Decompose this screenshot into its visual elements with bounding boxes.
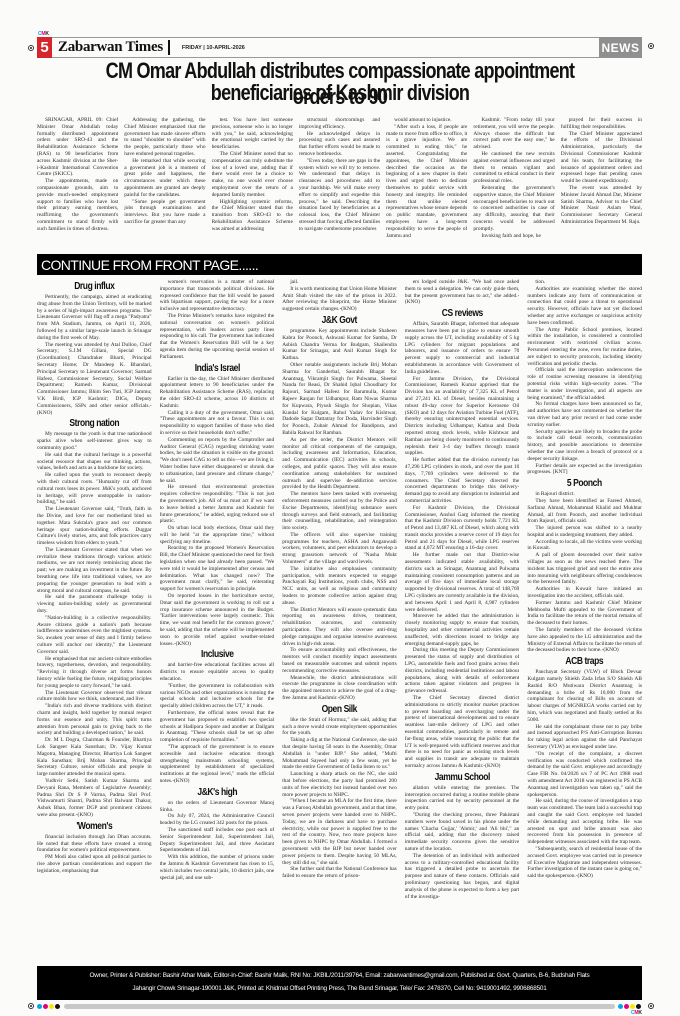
story-column: ers lodged outside J&K. "We had once ask… <box>405 279 520 963</box>
paragraph: Moreover he added that the administratio… <box>405 613 520 647</box>
section-subhead: Drug influx <box>46 280 143 293</box>
paragraph: Meanwhile, the district administrations … <box>282 675 397 702</box>
paragraph: She further said that the National Confe… <box>282 866 397 880</box>
lead-column: prayed for their success in fulfilling t… <box>561 117 642 249</box>
paragraph: During this meeting the Deputy Commissio… <box>405 647 520 695</box>
paragraph: As per the order, the District Mentors w… <box>282 437 397 491</box>
story-column: tion.Authorities are examining whether t… <box>527 279 642 963</box>
continued-stories-columns: Drug influxPertinently, the campaign, ai… <box>37 279 642 963</box>
story-column: jail.It is worth mentioning that Union H… <box>282 279 397 963</box>
paragraph: The sanctioned staff includes one post e… <box>160 827 275 854</box>
lead-column: Addressing the gathering, the Chief Mini… <box>124 117 205 249</box>
paragraph: Further details are expected as the inve… <box>527 463 642 477</box>
paragraph: "The approach of the government is to en… <box>160 744 275 785</box>
section-subhead: Inclusive <box>168 648 265 661</box>
paragraph: My message to the youth is that true nat… <box>37 431 152 451</box>
paragraph: He said the complainant chose not to pay… <box>527 724 642 751</box>
story-column: Drug influxPertinently, the campaign, ai… <box>37 279 152 963</box>
paragraph: He further made out that District-wise a… <box>405 552 520 613</box>
paragraph: "On receipt of the complaint, a discreet… <box>527 751 642 799</box>
section-label: NEWS <box>599 37 642 58</box>
paragraph: Former Jammu and Kashmir Chief Minister … <box>527 600 642 627</box>
paragraph: Earlier in the day, the Chief Minister d… <box>160 376 275 410</box>
paragraph: The appointments, made on compassionate … <box>37 178 118 232</box>
paragraph: financial inclusion through Jan Dhan acc… <box>37 834 152 854</box>
paragraph: jail. <box>282 279 397 286</box>
paragraph: He remarked that while securing a govern… <box>124 158 205 199</box>
lead-column: Kashmir. "From today till your retiremen… <box>473 117 554 249</box>
paragraph: Calling it a duty of the government, Oma… <box>160 410 275 437</box>
paragraph: Panchayat Secretary (VLW) of Block Devsa… <box>527 669 642 723</box>
paragraph: "Subsequently, search of residential hou… <box>527 846 642 880</box>
section-subhead: J&K's high <box>168 786 265 799</box>
registration-mark-icon <box>28 1003 34 1009</box>
paragraph: and barrier-free educational facilities … <box>160 662 275 682</box>
paragraph: The officers will also supervise trainin… <box>282 532 397 566</box>
paragraph: On urban local body elections, Omar said… <box>160 525 275 545</box>
paragraph: He said that the cultural heritage is a … <box>37 452 152 472</box>
section-subhead: CS reviews <box>413 307 510 320</box>
paragraph: For Jammu Division, the Divisional Commi… <box>405 376 520 458</box>
paragraph: The meeting was attended by Atal Dulloo,… <box>37 342 152 417</box>
page-number: 5 <box>37 37 52 58</box>
black-dot-icon <box>636 1004 641 1009</box>
paragraph: "Further, the government in collaboratio… <box>160 683 275 710</box>
paragraph: Commenting on reports by the Comptroller… <box>160 437 275 485</box>
paragraph: Authorities are examining whether the st… <box>527 286 642 327</box>
newspaper-page: CMK 5 Zabarwan Times FRIDAY | 10-APRIL-2… <box>0 0 680 1016</box>
paragraph: The Chief Minister noted that no compens… <box>212 151 293 199</box>
paragraph: The Lieutenant Governor observed that vi… <box>37 690 152 704</box>
paragraph: Launching a sharp attack on the NC, she … <box>282 771 397 798</box>
paragraph: women's reservation is a matter of natio… <box>160 279 275 313</box>
paragraph: Affairs, Saurabh Bhagat, informed that a… <box>405 321 520 375</box>
paragraph: Other notable assignments include Brij M… <box>282 362 397 437</box>
paragraph: He cautioned the new recruits against ex… <box>473 151 554 185</box>
masthead: 5 Zabarwan Times FRIDAY | 10-APRIL-2026 … <box>37 37 642 58</box>
paragraph: The Chief Secretary directed district ad… <box>405 695 520 770</box>
paragraph: Addressing the gathering, the Chief Mini… <box>124 117 205 158</box>
continue-banner: CONTINUE FROM FRONT PAGE...... <box>37 254 642 275</box>
section-subhead: Open Silk <box>291 703 388 716</box>
paragraph: No formal charges have been announced so… <box>527 401 642 428</box>
paragraph: Furthermore, the official notes reveal t… <box>160 710 275 744</box>
issue-date: FRIDAY | 10-APRIL-2026 <box>182 45 245 51</box>
paragraph: The Lieutenant Governor stated that when… <box>37 547 152 595</box>
section-subhead: 'Women's <box>46 820 143 833</box>
section-subhead: India's Israel <box>168 362 265 375</box>
section-subhead: ACB traps <box>536 655 633 668</box>
paragraph: Security agencies are likely to broaden … <box>527 429 642 463</box>
paragraph: "During the checking process, three Paki… <box>405 812 520 853</box>
paragraph: Officials said the interception undersco… <box>527 367 642 401</box>
paragraph: "When I became an MLA for the first time… <box>282 798 397 866</box>
magenta-dot-icon <box>43 1004 48 1009</box>
paragraph: He acknowledged delays in processing suc… <box>299 131 380 158</box>
section-subhead: J&K Govt <box>291 314 388 327</box>
registration-mark-icon <box>28 45 34 51</box>
paragraph: like the Strait of Hormuz," she said, ad… <box>282 717 397 737</box>
paragraph: "India's rich and diverse traditions wit… <box>37 703 152 737</box>
paragraph: test. You have lost someone precious, so… <box>212 117 293 151</box>
paragraph: Kashmir. "From today till your retiremen… <box>473 117 554 151</box>
magenta-dot-icon <box>624 1004 629 1009</box>
paragraph: He further added that the division curre… <box>405 457 520 505</box>
masthead-divider <box>168 40 170 55</box>
paragraph: The family members of the deceased victi… <box>527 627 642 654</box>
section-subhead: 5 Poonch <box>536 477 633 490</box>
paragraph: "Some people get government jobs through… <box>124 199 205 226</box>
registration-mark-icon <box>648 1003 654 1009</box>
imprint-line-1: Owner, Printer & Publisher: Bashir Athar… <box>37 969 642 982</box>
paragraph: He said, during the course of investigat… <box>527 798 642 846</box>
paragraph: The Chief Minister appreciated the effor… <box>561 131 642 185</box>
cyan-dot-icon <box>618 1004 623 1009</box>
paragraph: in Rajouri district. <box>527 491 642 498</box>
paragraph: Authorities in Kuwait have initiated an … <box>527 586 642 600</box>
lead-column: would amount to injustice."After such a … <box>386 117 467 249</box>
paragraph: Dr. M L Dogra, Chairman & Founder, Bhart… <box>37 737 152 778</box>
section-subhead: Jammu School <box>413 771 510 784</box>
paragraph: The event was attended by Minister Javai… <box>561 185 642 226</box>
paragraph: would amount to injustice. <box>386 117 467 124</box>
paragraph: A pall of gloom descended over their nat… <box>527 552 642 586</box>
paragraph: "Nation-building is a collective respons… <box>37 615 152 656</box>
paper-name: Zabarwan Times <box>58 39 163 56</box>
cmyk-mark: CMK <box>631 1010 642 1016</box>
paragraph: Pertinently, the campaign, aimed at erad… <box>37 294 152 342</box>
paragraph: Invoking faith and hope, he <box>473 233 554 240</box>
paragraph: With this addition, the number of prison… <box>160 854 275 881</box>
registration-mark-icon <box>648 43 654 49</box>
lead-column: structural shortcomings and improving ef… <box>299 117 380 249</box>
paragraph: Reiterating the government's supportive … <box>473 185 554 233</box>
black-dot-icon <box>55 1004 60 1009</box>
color-registration-bar <box>37 1003 642 1009</box>
paragraph: The Lieutenant Governor said, "Truth, fa… <box>37 506 152 547</box>
story-column: women's reservation is a matter of natio… <box>160 279 275 963</box>
paragraph: He called upon the youth to reconnect de… <box>37 472 152 506</box>
paragraph: "Even today, there are gaps in the syste… <box>299 158 380 233</box>
paragraph: on the orders of Lieutenant Governor Man… <box>160 800 275 814</box>
lead-column: SRINAGAR, APRIL 09: Chief Minister Omar … <box>37 117 118 249</box>
paragraph: The Prime Minister's remarks have reigni… <box>160 313 275 361</box>
lead-column: test. You have lost someone precious, so… <box>212 117 293 249</box>
paragraph: ers lodged outside J&K. "We had once ask… <box>405 279 520 306</box>
paragraph: Highlighting systemic reforms, the Chief… <box>212 199 293 233</box>
paragraph: He emphasised that our ancient culture e… <box>37 656 152 690</box>
paragraph: He said the paramount challenge today is… <box>37 594 152 614</box>
paragraph: The Army Public School premises, located… <box>527 327 642 368</box>
yellow-dot-icon <box>49 1004 54 1009</box>
paragraph: On July 07, 2024, the Administrative Cou… <box>160 813 275 827</box>
paragraph: Reacting to the proposed Women's Reserva… <box>160 545 275 593</box>
paragraph: On reported losses in the horticulture s… <box>160 593 275 647</box>
yellow-dot-icon <box>630 1004 635 1009</box>
paragraph: tion. <box>527 279 642 286</box>
paragraph: According to locals, all the victims wer… <box>527 539 642 553</box>
cyan-dot-icon <box>37 1004 42 1009</box>
paragraph: The initiative also emphasises community… <box>282 566 397 607</box>
paragraph: structural shortcomings and improving ef… <box>299 117 380 131</box>
paragraph: For Kashmir Division, the Divisional Com… <box>405 505 520 553</box>
paragraph: "After such a loss, if people are made t… <box>386 124 467 240</box>
paragraph: It is worth mentioning that Union Home M… <box>282 286 397 313</box>
paragraph: They have been identified as Fareed Ahme… <box>527 498 642 525</box>
lead-headline-line2: beneficiaries of Kashmir division <box>86 80 594 106</box>
paragraph: He stressed that environmental protectio… <box>160 484 275 525</box>
paragraph: PM Modi also called upon all political p… <box>37 854 152 874</box>
paragraph: allation while entering the premises. Th… <box>405 785 520 812</box>
paragraph: The injured person was shifted to a near… <box>527 525 642 539</box>
paragraph: To ensure accountability and effectivene… <box>282 647 397 674</box>
paragraph: Yudhvir Sethi, Satish Kumar Sharma and D… <box>37 778 152 819</box>
paragraph: The District Mentors will ensure systema… <box>282 607 397 648</box>
paragraph: The mentors have been tasked with overse… <box>282 491 397 532</box>
section-subhead: Strong nation <box>46 417 143 430</box>
paragraph: The detention of an individual with auth… <box>405 853 520 901</box>
lead-story-columns: SRINAGAR, APRIL 09: Chief Minister Omar … <box>37 117 642 249</box>
paragraph: programme. Key appointments include Shah… <box>282 328 397 362</box>
grey-bar <box>64 1004 615 1009</box>
imprint-line-2: Jahangir Chowk Srinagar-190001 J&K, Prin… <box>37 982 642 995</box>
paragraph: prayed for their success in fulfilling t… <box>561 117 642 131</box>
imprint-footer: Owner, Printer & Publisher: Bashir Athar… <box>37 966 642 1000</box>
paragraph: SRINAGAR, APRIL 09: Chief Minister Omar … <box>37 117 118 178</box>
paragraph: Taking a dig at the National Conference,… <box>282 737 397 771</box>
